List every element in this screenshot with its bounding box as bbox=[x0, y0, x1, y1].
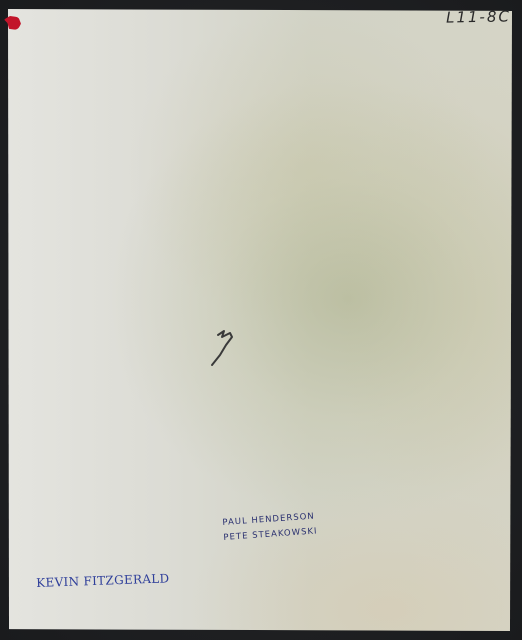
pencil-mark-icon bbox=[208, 325, 244, 369]
catalog-code: L11-8C bbox=[446, 7, 511, 26]
